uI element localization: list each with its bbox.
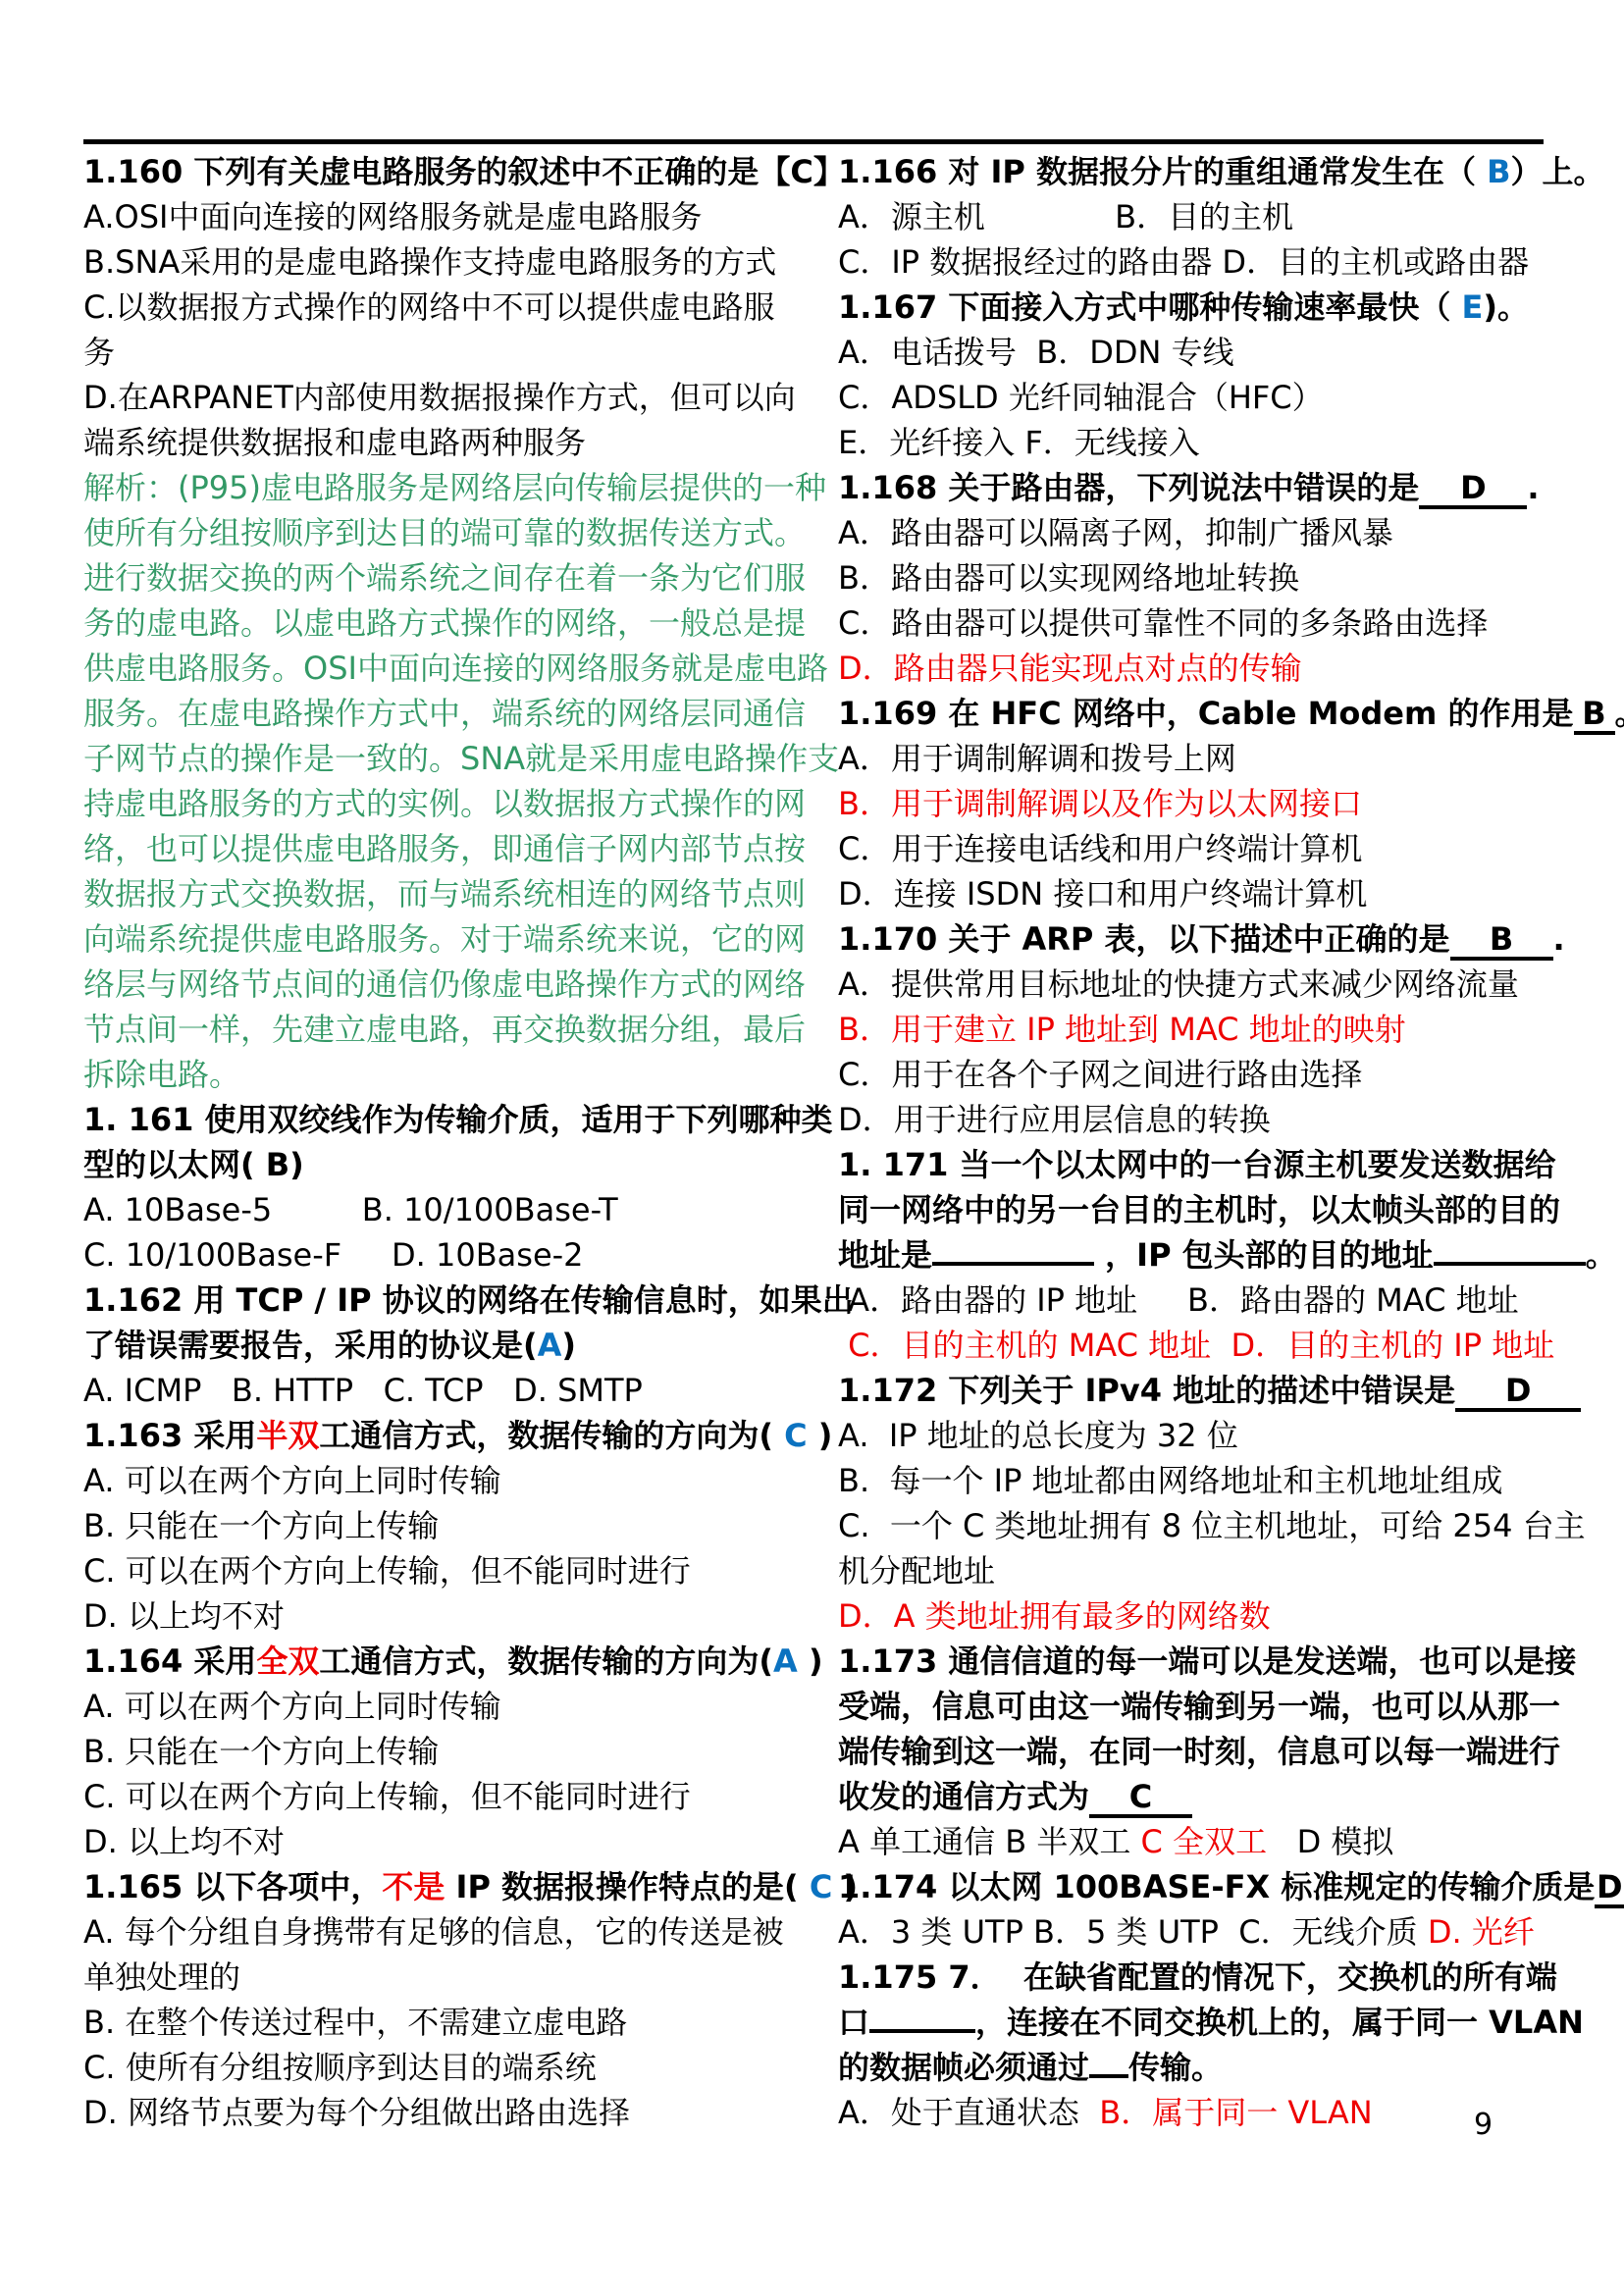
text-segment: D. 网络节点要为每个分组做出路由选择 bbox=[83, 2094, 630, 2131]
answer-blank bbox=[932, 1262, 1094, 1266]
text-segment: E bbox=[1462, 288, 1484, 326]
text-segment: 1.175 7． 在缺省配置的情况下，交换机的所有端 bbox=[838, 1958, 1557, 1996]
document-page: 1.160 下列有关虚电路服务的叙述中不正确的是【C】A.OSI中面向连接的网络… bbox=[0, 0, 1624, 2295]
option-line: D. 以上均不对 bbox=[83, 1819, 789, 1864]
option-line: A．处于直通状态 B．属于同一 VLAN bbox=[838, 2090, 1544, 2135]
option-line: B.SNA采用的是虚电路操作支持虚电路服务的方式 bbox=[83, 239, 789, 285]
text-segment: 务的虚电路。以虚电路方式操作的网络，一般总是提 bbox=[83, 604, 806, 642]
text-segment: 拆除电路。 bbox=[83, 1056, 240, 1093]
text-segment: 进行数据交换的两个端系统之间存在着一条为它们服 bbox=[83, 559, 806, 597]
text-segment: B．路由器可以实现网络地址转换 bbox=[838, 559, 1299, 597]
option-line: E．光纤接入 F．无线接入 bbox=[838, 420, 1544, 465]
option-line: 机分配地址 bbox=[838, 1548, 1544, 1593]
analysis-line: 络，也可以提供虚电路服务，即通信子网内部节点按 bbox=[83, 826, 789, 871]
text-segment: D 模拟 bbox=[1267, 1823, 1393, 1860]
option-line: D．用于进行应用层信息的转换 bbox=[838, 1097, 1544, 1142]
text-segment: 。 bbox=[1586, 1236, 1617, 1274]
text-segment: A. 每个分组自身携带有足够的信息，它的传送是被 bbox=[83, 1913, 784, 1951]
text-segment: 持虚电路服务的方式的实例。以数据报方式操作的网 bbox=[83, 785, 806, 822]
option-line: C．目的主机的 MAC 地址 D．目的主机的 IP 地址 bbox=[838, 1323, 1544, 1368]
option-line: A．路由器的 IP 地址 B．路由器的 MAC 地址 bbox=[838, 1278, 1544, 1323]
text-segment: 1.162 用 TCP / IP 协议的网络在传输信息时，如果出 bbox=[83, 1281, 854, 1319]
text-segment: 半双 bbox=[256, 1417, 319, 1454]
text-segment: D．路由器只能实现点对点的传输 bbox=[838, 650, 1302, 687]
text-segment: A. 10Base-5 B. 10/100Base-T bbox=[83, 1191, 618, 1228]
option-line: B．用于建立 IP 地址到 MAC 地址的映射 bbox=[838, 1007, 1544, 1052]
question-line: 1.168 关于路由器，下列说法中错误的是D. bbox=[838, 465, 1544, 510]
text-segment: 不是 bbox=[382, 1868, 445, 1905]
question-line: 1.163 采用半双工通信方式，数据传输的方向为( C ) bbox=[83, 1413, 789, 1458]
option-line: D．路由器只能实现点对点的传输 bbox=[838, 646, 1544, 691]
option-line: D. 以上均不对 bbox=[83, 1593, 789, 1639]
question-line: 口，连接在不同交换机上的，属于同一 VLAN bbox=[838, 2000, 1544, 2045]
text-segment: A. ICMP B. HTTP C. TCP D. SMTP bbox=[83, 1372, 643, 1409]
text-segment: D. 光纤 bbox=[1428, 1913, 1535, 1951]
text-segment: 使所有分组按顺序到达目的端可靠的数据传送方式。 bbox=[83, 514, 806, 551]
analysis-line: 节点间一样，先建立虚电路，再交换数据分组，最后 bbox=[83, 1007, 789, 1052]
option-line: B．路由器可以实现网络地址转换 bbox=[838, 555, 1544, 600]
text-segment: 传输。 bbox=[1128, 2049, 1223, 2086]
answer-blank: B bbox=[1574, 696, 1615, 735]
text-segment: D．用于进行应用层信息的转换 bbox=[838, 1101, 1271, 1138]
text-segment: B.SNA采用的是虚电路操作支持虚电路服务的方式 bbox=[83, 243, 776, 281]
text-segment: 解析：(P95)虚电路服务是网络层向传输层提供的一种 bbox=[83, 469, 826, 506]
text-segment: B bbox=[1487, 153, 1510, 190]
text-segment: 端系统提供数据报和虚电路两种服务 bbox=[83, 424, 586, 461]
text-segment: C 全双工 bbox=[1141, 1823, 1268, 1860]
text-segment: )。 bbox=[1483, 288, 1529, 326]
analysis-line: 络层与网络节点间的通信仍像虚电路操作方式的网络 bbox=[83, 962, 789, 1007]
option-line: A. 可以在两个方向上同时传输 bbox=[83, 1684, 789, 1729]
text-segment: 同一网络中的另一台目的主机时，以太帧头部的目的 bbox=[838, 1191, 1560, 1228]
text-segment: A 单工通信 B 半双工 bbox=[838, 1823, 1141, 1860]
text-segment: C. 一个 C 类地址拥有 8 位主机地址，可给 254 台主 bbox=[838, 1507, 1586, 1544]
text-segment: ) bbox=[561, 1327, 576, 1364]
text-segment: A．3 类 UTP B．5 类 UTP C．无线介质 bbox=[838, 1913, 1428, 1951]
question-line: 1.175 7． 在缺省配置的情况下，交换机的所有端 bbox=[838, 1955, 1544, 2000]
column-right: 1.166 对 IP 数据报分片的重组通常发生在（ B）上。A．源主机 B．目的… bbox=[838, 149, 1544, 2135]
text-segment: C. 可以在两个方向上传输，但不能同时进行 bbox=[83, 1778, 691, 1815]
text-segment: A. 可以在两个方向上同时传输 bbox=[83, 1688, 501, 1725]
text-segment: 子网节点的操作是一致的。SNA就是采用虚电路操作支 bbox=[83, 740, 839, 777]
page-number: 9 bbox=[1474, 2108, 1493, 2142]
text-segment: C．用于连接电话线和用户终端计算机 bbox=[838, 830, 1362, 867]
question-line: 1.172 下列关于 IPv4 地址的描述中错误是D bbox=[838, 1368, 1544, 1413]
question-line: 1.166 对 IP 数据报分片的重组通常发生在（ B）上。 bbox=[838, 149, 1544, 194]
text-segment: 了错误需要报告，采用的协议是( bbox=[83, 1327, 538, 1364]
option-line: 单独处理的 bbox=[83, 1955, 789, 2000]
option-line: A．3 类 UTP B．5 类 UTP C．无线介质 D. 光纤 bbox=[838, 1909, 1544, 1955]
question-line: 型的以太网( B) bbox=[83, 1142, 789, 1187]
text-segment: 务 bbox=[83, 334, 115, 371]
question-line: 了错误需要报告，采用的协议是(A) bbox=[83, 1323, 789, 1368]
analysis-line: 解析：(P95)虚电路服务是网络层向传输层提供的一种 bbox=[83, 465, 789, 510]
text-segment: A bbox=[538, 1327, 562, 1364]
option-line: C．用于连接电话线和用户终端计算机 bbox=[838, 826, 1544, 871]
text-segment: D．A 类地址拥有最多的网络数 bbox=[838, 1597, 1271, 1635]
text-segment: A．用于调制解调和拨号上网 bbox=[838, 740, 1236, 777]
option-line: C. 一个 C 类地址拥有 8 位主机地址，可给 254 台主 bbox=[838, 1503, 1544, 1548]
text-segment: 络，也可以提供虚电路服务，即通信子网内部节点按 bbox=[83, 830, 806, 867]
text-segment: 1.173 通信信道的每一端可以是发送端，也可以是接 bbox=[838, 1643, 1576, 1680]
question-line: 1. 161 使用双绞线作为传输介质，适用于下列哪种类 bbox=[83, 1097, 789, 1142]
text-segment: 1.169 在 HFC 网络中，Cable Modem 的作用是 bbox=[838, 695, 1574, 732]
text-segment: 节点间一样，先建立虚电路，再交换数据分组，最后 bbox=[83, 1011, 806, 1048]
text-segment: B. 只能在一个方向上传输 bbox=[83, 1507, 439, 1544]
option-line: D．A 类地址拥有最多的网络数 bbox=[838, 1593, 1544, 1639]
text-segment: A.OSI中面向连接的网络服务就是虚电路服务 bbox=[83, 198, 702, 235]
analysis-line: 服务。在虚电路操作方式中，端系统的网络层同通信 bbox=[83, 691, 789, 736]
question-line: 1.162 用 TCP / IP 协议的网络在传输信息时，如果出 bbox=[83, 1278, 789, 1323]
analysis-line: 向端系统提供虚电路服务。对于端系统来说，它的网 bbox=[83, 916, 789, 962]
option-line: A．路由器可以隔离子网，抑制广播风暴 bbox=[838, 510, 1544, 555]
text-segment: 1. 171 当一个以太网中的一台源主机要发送数据给 bbox=[838, 1146, 1556, 1183]
text-segment: 的数据帧必须通过 bbox=[838, 2049, 1089, 2086]
text-segment: A. 可以在两个方向上同时传输 bbox=[83, 1462, 501, 1499]
text-segment: 络层与网络节点间的通信仍像虚电路操作方式的网络 bbox=[83, 965, 806, 1003]
question-line: 收发的通信方式为C bbox=[838, 1774, 1544, 1819]
option-line: A. 10Base-5 B. 10/100Base-T bbox=[83, 1187, 789, 1232]
question-line: 地址是 ，IP 包头部的目的地址。 bbox=[838, 1232, 1544, 1278]
text-segment: A．提供常用目标地址的快捷方式来减少网络流量 bbox=[838, 965, 1519, 1003]
option-line: A. 可以在两个方向上同时传输 bbox=[83, 1458, 789, 1503]
option-line: A 单工通信 B 半双工 C 全双工 D 模拟 bbox=[838, 1819, 1544, 1864]
question-line: 端传输到这一端，在同一时刻，信息可以每一端进行 bbox=[838, 1729, 1544, 1774]
text-segment: B．用于调制解调以及作为以太网接口 bbox=[838, 785, 1362, 822]
text-segment: 全双 bbox=[256, 1643, 319, 1680]
option-line: A.OSI中面向连接的网络服务就是虚电路服务 bbox=[83, 194, 789, 239]
question-line: 1.169 在 HFC 网络中，Cable Modem 的作用是B。 bbox=[838, 691, 1544, 736]
text-segment: ，连接在不同交换机上的，属于同一 VLAN bbox=[975, 2004, 1584, 2041]
text-segment: C bbox=[784, 1417, 807, 1454]
option-line: C. 可以在两个方向上传输，但不能同时进行 bbox=[83, 1774, 789, 1819]
text-segment: 型的以太网( B) bbox=[83, 1146, 304, 1183]
option-line: 端系统提供数据报和虚电路两种服务 bbox=[83, 420, 789, 465]
text-segment: A．路由器可以隔离子网，抑制广播风暴 bbox=[838, 514, 1393, 551]
question-line: 1.165 以下各项中，不是 IP 数据报操作特点的是( C ) bbox=[83, 1864, 789, 1909]
text-segment: C. 使所有分组按顺序到达目的端系统 bbox=[83, 2049, 597, 2086]
option-line: C. 使所有分组按顺序到达目的端系统 bbox=[83, 2045, 789, 2090]
analysis-line: 务的虚电路。以虚电路方式操作的网络，一般总是提 bbox=[83, 600, 789, 646]
text-segment: 服务。在虚电路操作方式中，端系统的网络层同通信 bbox=[83, 695, 806, 732]
analysis-line: 数据报方式交换数据，而与端系统相连的网络节点则 bbox=[83, 871, 789, 916]
text-segment: B. 只能在一个方向上传输 bbox=[83, 1733, 439, 1770]
option-line: C.以数据报方式操作的网络中不可以提供虚电路服 bbox=[83, 285, 789, 330]
text-segment: C. 可以在两个方向上传输，但不能同时进行 bbox=[83, 1552, 691, 1590]
option-line: A. ICMP B. HTTP C. TCP D. SMTP bbox=[83, 1368, 789, 1413]
option-line: A. IP 地址的总长度为 32 位 bbox=[838, 1413, 1544, 1458]
text-segment: 受端，信息可由这一端传输到另一端，也可以从那一 bbox=[838, 1688, 1560, 1725]
option-line: B. 只能在一个方向上传输 bbox=[83, 1729, 789, 1774]
question-line: 1.173 通信信道的每一端可以是发送端，也可以是接 bbox=[838, 1639, 1544, 1684]
text-segment: B．属于同一 VLAN bbox=[1099, 2094, 1372, 2131]
text-segment: B．用于建立 IP 地址到 MAC 地址的映射 bbox=[838, 1011, 1406, 1048]
text-segment: C．IP 数据报经过的路由器 D．目的主机或路由器 bbox=[838, 243, 1529, 281]
text-segment: A．源主机 B．目的主机 bbox=[838, 198, 1293, 235]
text-segment: 地址是 bbox=[838, 1236, 932, 1274]
answer-blank bbox=[1089, 2074, 1128, 2078]
question-line: 的数据帧必须通过传输。 bbox=[838, 2045, 1544, 2090]
text-segment: 向端系统提供虚电路服务。对于端系统来说，它的网 bbox=[83, 920, 806, 958]
text-segment: 数据报方式交换数据，而与端系统相连的网络节点则 bbox=[83, 875, 806, 913]
question-line: 同一网络中的另一台目的主机时，以太帧头部的目的 bbox=[838, 1187, 1544, 1232]
text-segment: . bbox=[1553, 920, 1565, 958]
answer-blank: D bbox=[1419, 470, 1527, 509]
text-segment: C.以数据报方式操作的网络中不可以提供虚电路服 bbox=[83, 288, 775, 326]
analysis-line: 持虚电路服务的方式的实例。以数据报方式操作的网 bbox=[83, 781, 789, 826]
answer-blank: B bbox=[1450, 921, 1553, 961]
answer-blank: D bbox=[1455, 1373, 1581, 1412]
option-line: D.在ARPANET内部使用数据报操作方式，但可以向 bbox=[83, 375, 789, 420]
answer-blank: C bbox=[1089, 1779, 1192, 1818]
question-line: 1.167 下面接入方式中哪种传输速率最快（ E)。 bbox=[838, 285, 1544, 330]
text-segment: C．ADSLD 光纤同轴混合（HFC） bbox=[838, 379, 1324, 416]
text-segment: 1.170 关于 ARP 表，以下描述中正确的是 bbox=[838, 920, 1450, 958]
text-segment: B. 在整个传送过程中，不需建立虚电路 bbox=[83, 2004, 627, 2041]
question-line: 1. 171 当一个以太网中的一台源主机要发送数据给 bbox=[838, 1142, 1544, 1187]
text-segment: 1.164 采用 bbox=[83, 1643, 256, 1680]
text-segment: 1. 161 使用双绞线作为传输介质，适用于下列哪种类 bbox=[83, 1101, 833, 1138]
question-line: 1.174 以太网 100BASE-FX 标准规定的传输介质是D bbox=[838, 1864, 1544, 1909]
question-line: 1.160 下列有关虚电路服务的叙述中不正确的是【C】 bbox=[83, 149, 789, 194]
option-line: D．连接 ISDN 接口和用户终端计算机 bbox=[838, 871, 1544, 916]
text-segment: 工通信方式，数据传输的方向为( bbox=[319, 1417, 784, 1454]
text-segment: 。 bbox=[1615, 695, 1624, 732]
text-segment: 1.166 对 IP 数据报分片的重组通常发生在（ bbox=[838, 153, 1487, 190]
text-segment: . bbox=[1527, 469, 1539, 506]
option-line: C．用于在各个子网之间进行路由选择 bbox=[838, 1052, 1544, 1097]
text-segment: D．连接 ISDN 接口和用户终端计算机 bbox=[838, 875, 1367, 913]
option-line: A．源主机 B．目的主机 bbox=[838, 194, 1544, 239]
text-segment: 单独处理的 bbox=[83, 1958, 240, 1996]
question-line: 1.164 采用全双工通信方式，数据传输的方向为(A ) bbox=[83, 1639, 789, 1684]
text-segment: 1.168 关于路由器，下列说法中错误的是 bbox=[838, 469, 1419, 506]
text-segment: C．目的主机的 MAC 地址 D．目的主机的 IP 地址 bbox=[838, 1327, 1554, 1364]
text-segment: 1.163 采用 bbox=[83, 1417, 256, 1454]
text-segment: 机分配地址 bbox=[838, 1552, 995, 1590]
analysis-line: 拆除电路。 bbox=[83, 1052, 789, 1097]
text-segment: ，IP 包头部的目的地址 bbox=[1094, 1236, 1434, 1274]
option-line: B. 在整个传送过程中，不需建立虚电路 bbox=[83, 2000, 789, 2045]
option-line: B．用于调制解调以及作为以太网接口 bbox=[838, 781, 1544, 826]
option-line: C．ADSLD 光纤同轴混合（HFC） bbox=[838, 375, 1544, 420]
question-line: 受端，信息可由这一端传输到另一端，也可以从那一 bbox=[838, 1684, 1544, 1729]
text-segment: D.在ARPANET内部使用数据报操作方式，但可以向 bbox=[83, 379, 796, 416]
text-segment: IP 数据报操作特点的是( bbox=[445, 1868, 809, 1905]
option-line: A. 每个分组自身携带有足够的信息，它的传送是被 bbox=[83, 1909, 789, 1955]
analysis-line: 进行数据交换的两个端系统之间存在着一条为它们服 bbox=[83, 555, 789, 600]
option-line: D. 网络节点要为每个分组做出路由选择 bbox=[83, 2090, 789, 2135]
option-line: C．路由器可以提供可靠性不同的多条路由选择 bbox=[838, 600, 1544, 646]
text-segment: A bbox=[773, 1643, 798, 1680]
column-left: 1.160 下列有关虚电路服务的叙述中不正确的是【C】A.OSI中面向连接的网络… bbox=[83, 149, 789, 2135]
text-segment: 口 bbox=[838, 2004, 869, 2041]
text-segment: 1.160 下列有关虚电路服务的叙述中不正确的是【C】 bbox=[83, 153, 845, 190]
analysis-line: 子网节点的操作是一致的。SNA就是采用虚电路操作支 bbox=[83, 736, 789, 781]
text-segment: C. 10/100Base-F D. 10Base-2 bbox=[83, 1236, 584, 1274]
text-segment: C bbox=[810, 1868, 832, 1905]
text-segment: ) bbox=[798, 1643, 823, 1680]
text-segment: 1.167 下面接入方式中哪种传输速率最快（ bbox=[838, 288, 1462, 326]
option-line: C. 可以在两个方向上传输，但不能同时进行 bbox=[83, 1548, 789, 1593]
text-segment: D. 以上均不对 bbox=[83, 1823, 285, 1860]
text-segment: 工通信方式，数据传输的方向为( bbox=[319, 1643, 773, 1680]
option-line: B. 每一个 IP 地址都由网络地址和主机地址组成 bbox=[838, 1458, 1544, 1503]
text-segment: C．用于在各个子网之间进行路由选择 bbox=[838, 1056, 1362, 1093]
text-columns: 1.160 下列有关虚电路服务的叙述中不正确的是【C】A.OSI中面向连接的网络… bbox=[83, 149, 1544, 2135]
text-segment: 端传输到这一端，在同一时刻，信息可以每一端进行 bbox=[838, 1733, 1560, 1770]
text-segment: B. 每一个 IP 地址都由网络地址和主机地址组成 bbox=[838, 1462, 1503, 1499]
option-line: C．IP 数据报经过的路由器 D．目的主机或路由器 bbox=[838, 239, 1544, 285]
question-line: 1.170 关于 ARP 表，以下描述中正确的是B. bbox=[838, 916, 1544, 962]
text-segment: D. 以上均不对 bbox=[83, 1597, 285, 1635]
answer-blank bbox=[1434, 1262, 1586, 1266]
option-line: C. 10/100Base-F D. 10Base-2 bbox=[83, 1232, 789, 1278]
option-line: A．提供常用目标地址的快捷方式来减少网络流量 bbox=[838, 962, 1544, 1007]
option-line: A．电话拨号 B．DDN 专线 bbox=[838, 330, 1544, 375]
text-segment: A．路由器的 IP 地址 B．路由器的 MAC 地址 bbox=[838, 1281, 1519, 1319]
text-segment: 1.174 以太网 100BASE-FX 标准规定的传输介质是 bbox=[838, 1868, 1595, 1905]
option-line: B. 只能在一个方向上传输 bbox=[83, 1503, 789, 1548]
analysis-line: 供虚电路服务。OSI中面向连接的网络服务就是虚电路 bbox=[83, 646, 789, 691]
text-segment: E．光纤接入 F．无线接入 bbox=[838, 424, 1200, 461]
answer-blank bbox=[869, 2029, 975, 2033]
header-rule bbox=[83, 139, 1544, 144]
text-segment: 1.165 以下各项中， bbox=[83, 1868, 382, 1905]
answer-blank: D bbox=[1595, 1869, 1624, 1908]
analysis-line: 使所有分组按顺序到达目的端可靠的数据传送方式。 bbox=[83, 510, 789, 555]
text-segment: 供虚电路服务。OSI中面向连接的网络服务就是虚电路 bbox=[83, 650, 828, 687]
option-line: 务 bbox=[83, 330, 789, 375]
text-segment: C．路由器可以提供可靠性不同的多条路由选择 bbox=[838, 604, 1488, 642]
text-segment: ）上。 bbox=[1511, 153, 1605, 190]
text-segment: A．电话拨号 B．DDN 专线 bbox=[838, 334, 1234, 371]
text-segment: A．处于直通状态 bbox=[838, 2094, 1099, 2131]
text-segment: ) bbox=[808, 1417, 833, 1454]
option-line: A．用于调制解调和拨号上网 bbox=[838, 736, 1544, 781]
text-segment: A. IP 地址的总长度为 32 位 bbox=[838, 1417, 1238, 1454]
text-segment: 收发的通信方式为 bbox=[838, 1778, 1089, 1815]
text-segment: 1.172 下列关于 IPv4 地址的描述中错误是 bbox=[838, 1372, 1455, 1409]
